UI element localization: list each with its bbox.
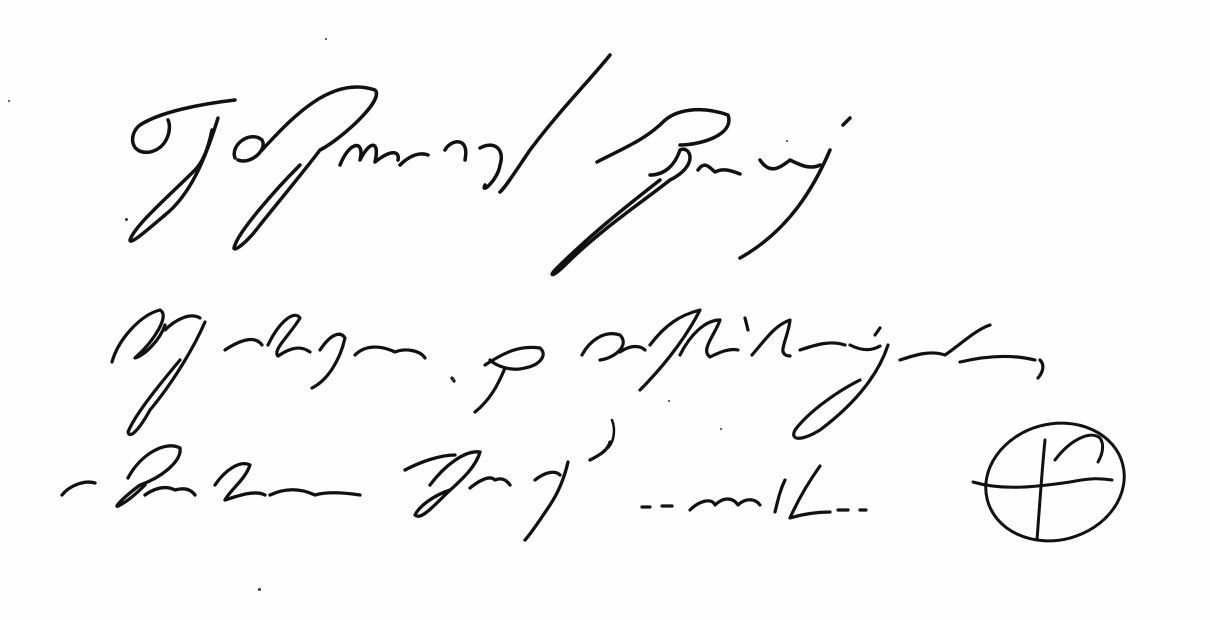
document-page: Johannes Hurij Abgelesen u. bestättiget,…	[0, 0, 1210, 620]
speck	[786, 140, 788, 142]
speck	[258, 588, 261, 591]
handwriting-ink	[0, 0, 1210, 620]
word-barbara	[62, 446, 360, 506]
speck	[720, 428, 722, 430]
circled-cross-mark-icon	[972, 408, 1137, 556]
speck	[668, 400, 670, 402]
speck	[452, 378, 455, 381]
word-johannes	[130, 55, 610, 249]
word-abgelesen	[112, 310, 543, 435]
bracket-mark	[605, 420, 614, 450]
word-hurij-2	[405, 442, 610, 540]
speck	[325, 38, 327, 40]
speck	[8, 100, 10, 102]
word-bestaettiget	[582, 310, 1043, 438]
speck	[125, 218, 128, 221]
word-mit	[642, 466, 866, 518]
word-hurij	[552, 110, 850, 275]
